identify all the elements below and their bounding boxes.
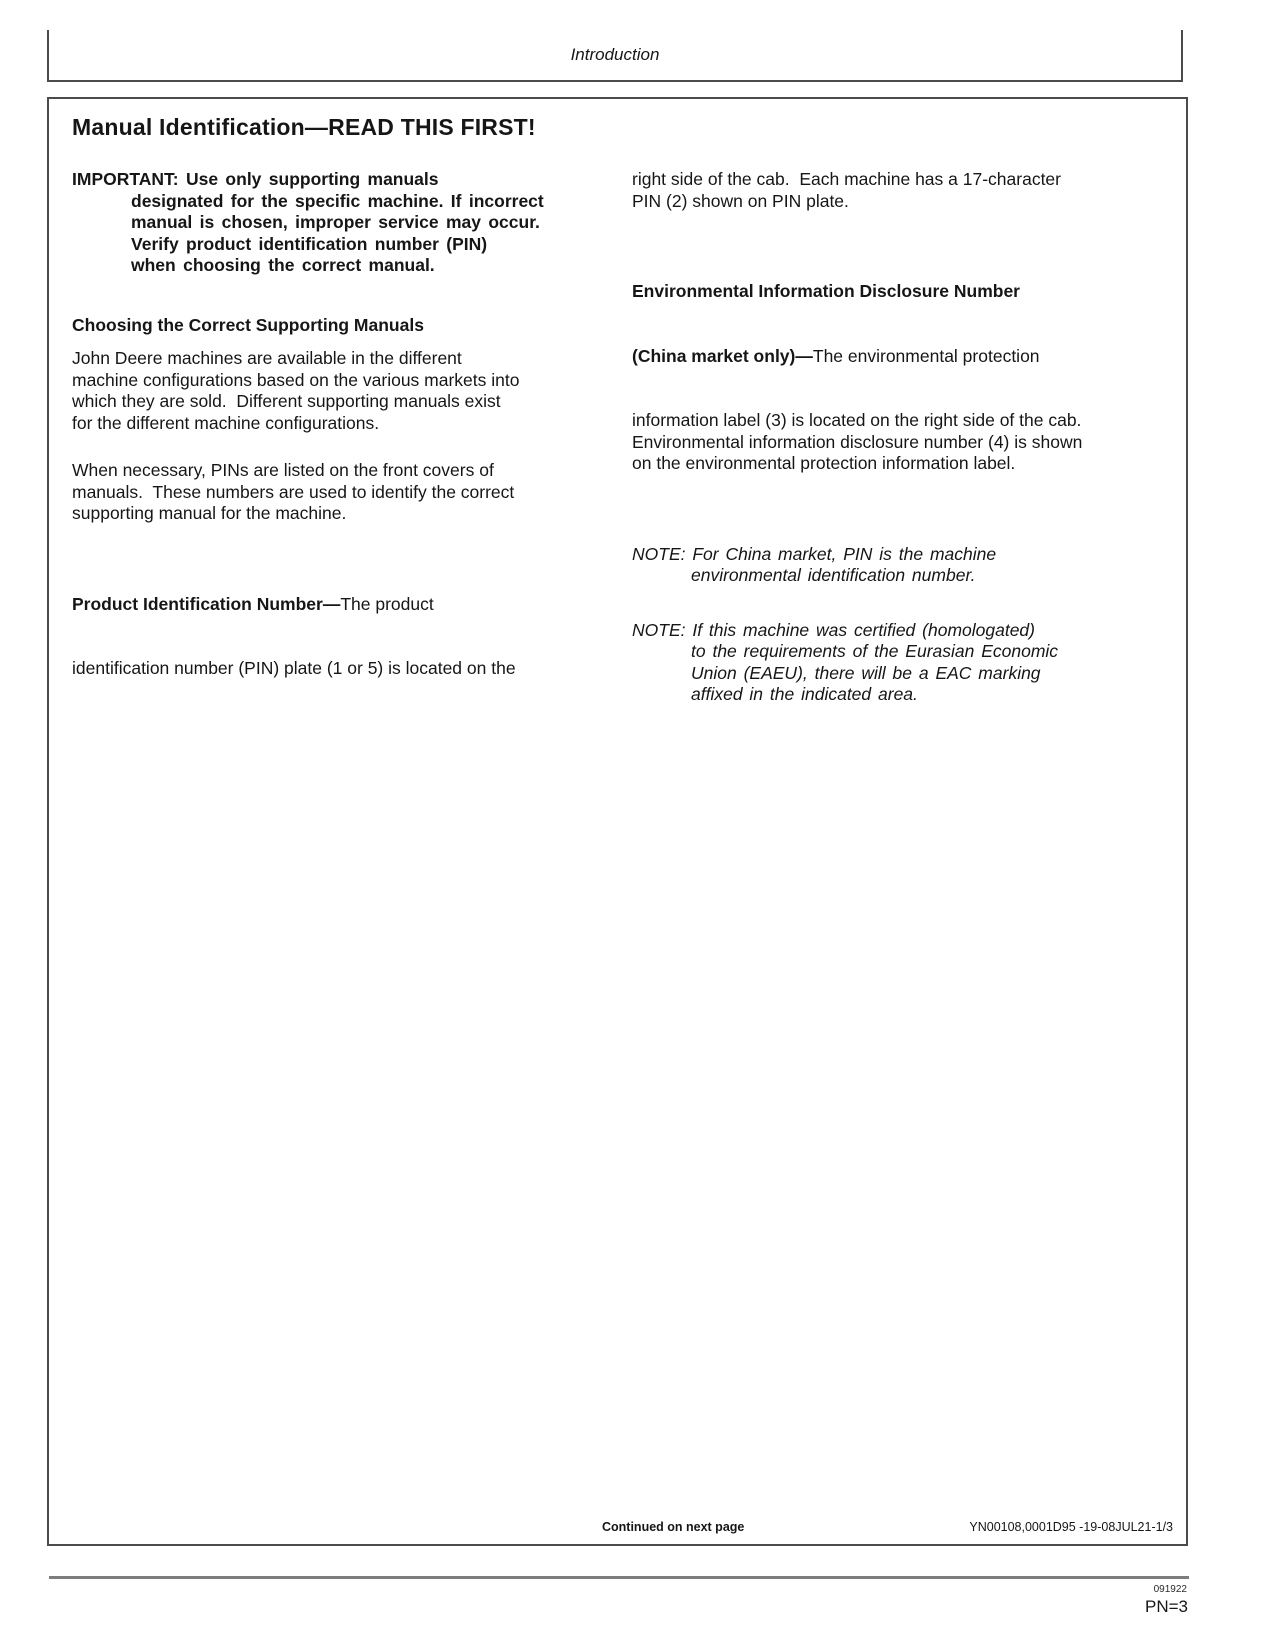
- paragraph-pin-continued: right side of the cab. Each machine has …: [632, 169, 1187, 212]
- text-line: PIN (2) shown on PIN plate.: [632, 191, 1187, 213]
- page-number: PN=3: [1145, 1597, 1188, 1617]
- paragraph-pins-on-covers: When necessary, PINs are listed on the f…: [72, 460, 627, 525]
- page-title: Manual Identification—READ THIS FIRST!: [72, 114, 536, 141]
- text-line: Environmental information disclosure num…: [632, 432, 1187, 454]
- text-line: to the requirements of the Eurasian Econ…: [691, 641, 1187, 663]
- text-line: right side of the cab. Each machine has …: [632, 169, 1187, 191]
- env-paragraph-lines: information label (3) is located on the …: [632, 410, 1187, 475]
- pin-paragraph-lead-bold: Product Identification Number—: [72, 594, 340, 614]
- paragraph-environmental: Environmental Information Disclosure Num…: [632, 238, 1187, 518]
- text-line: Union (EAEU), there will be a EAC markin…: [691, 663, 1187, 685]
- text-line: supporting manual for the machine.: [72, 503, 627, 525]
- pin-paragraph-lines: identification number (PIN) plate (1 or …: [72, 658, 627, 680]
- text-line: NOTE: For China market, PIN is the machi…: [632, 544, 1187, 566]
- text-line: identification number (PIN) plate (1 or …: [72, 658, 627, 680]
- text-line: John Deere machines are available in the…: [72, 348, 627, 370]
- text-line: IMPORTANT: Use only supporting manuals: [72, 169, 627, 191]
- env-heading-bold: Environmental Information Disclosure Num…: [632, 281, 1020, 301]
- pin-paragraph-lead-line: Product Identification Number—The produc…: [72, 594, 627, 616]
- text-line: affixed in the indicated area.: [691, 684, 1187, 706]
- section-heading: Choosing the Correct Supporting Manuals: [72, 315, 627, 337]
- text-line: for the different machine configurations…: [72, 413, 627, 435]
- important-notice: IMPORTANT: Use only supporting manualsde…: [72, 169, 627, 277]
- text-line: when choosing the correct manual.: [131, 255, 627, 277]
- content-box: Manual Identification—READ THIS FIRST! I…: [47, 97, 1188, 1546]
- running-header-title: Introduction: [571, 45, 660, 65]
- paragraph-configurations: John Deere machines are available in the…: [72, 348, 627, 434]
- text-line: information label (3) is located on the …: [632, 410, 1187, 432]
- env-lead-bold: (China market only)—: [632, 346, 813, 366]
- text-line: manual is chosen, improper service may o…: [131, 212, 627, 234]
- env-lead-line: (China market only)—The environmental pr…: [632, 346, 1187, 368]
- note-eaeu-marking: NOTE: If this machine was certified (hom…: [632, 620, 1187, 706]
- text-line: machine configurations based on the vari…: [72, 370, 627, 392]
- reference-code: YN00108,0001D95 -19-08JUL21-1/3: [969, 1520, 1173, 1534]
- paragraph-pin-plate: Product Identification Number—The produc…: [72, 551, 627, 723]
- env-lead-rest: The environmental protection: [813, 346, 1040, 366]
- pin-paragraph-lead-rest: The product: [340, 594, 433, 614]
- text-line: Verify product identification number (PI…: [131, 234, 627, 256]
- env-heading-line: Environmental Information Disclosure Num…: [632, 281, 1187, 303]
- text-line: on the environmental protection informat…: [632, 453, 1187, 475]
- right-column: right side of the cab. Each machine has …: [632, 169, 1187, 739]
- text-line: manuals. These numbers are used to ident…: [72, 482, 627, 504]
- note-china-market: NOTE: For China market, PIN is the machi…: [632, 544, 1187, 587]
- text-line: environmental identification number.: [691, 565, 1187, 587]
- footer-rule: [49, 1576, 1189, 1579]
- running-header-box: Introduction: [47, 30, 1183, 82]
- left-column: IMPORTANT: Use only supporting manualsde…: [72, 169, 627, 749]
- text-line: designated for the specific machine. If …: [131, 191, 627, 213]
- continued-on-next-page-notice: Continued on next page: [602, 1520, 744, 1534]
- text-line: When necessary, PINs are listed on the f…: [72, 460, 627, 482]
- text-line: which they are sold. Different supportin…: [72, 391, 627, 413]
- footer-code: 091922: [1154, 1584, 1187, 1595]
- text-line: NOTE: If this machine was certified (hom…: [632, 620, 1187, 642]
